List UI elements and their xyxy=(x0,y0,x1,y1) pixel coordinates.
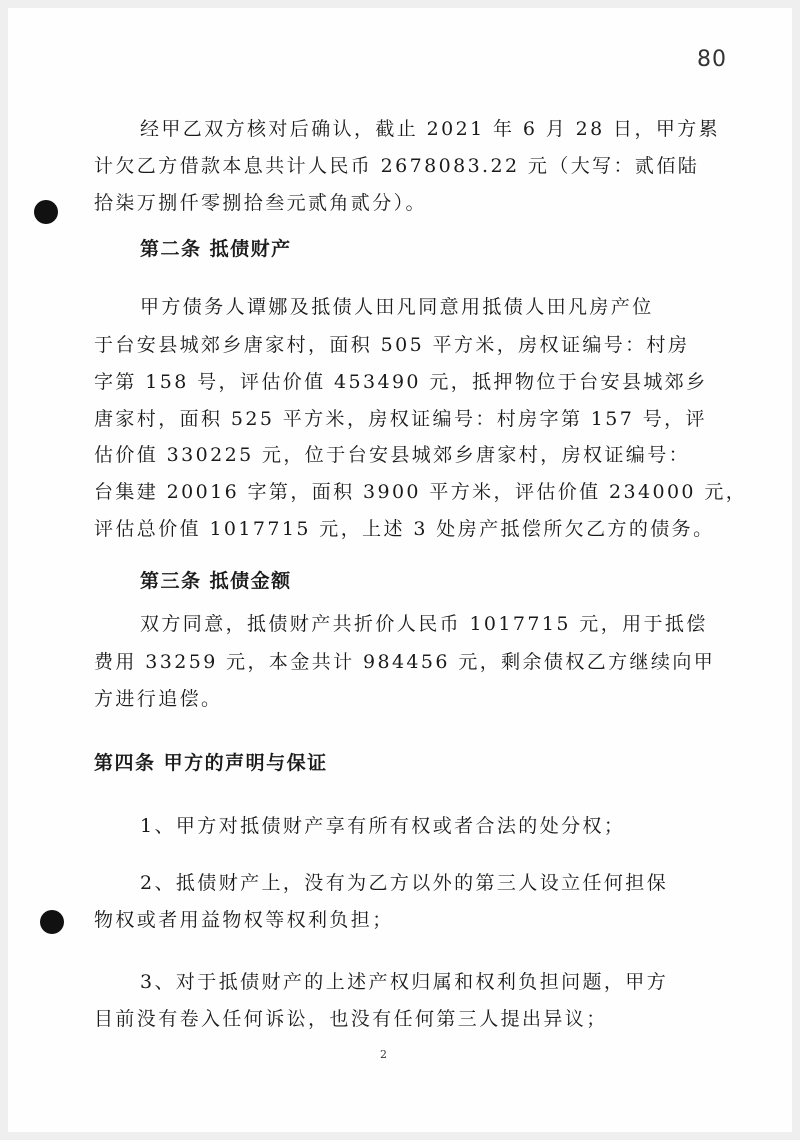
list-item: 1、甲方对抵债财产享有所有权或者合法的处分权； xyxy=(140,814,625,838)
paragraph-line: 双方同意，抵债财产共折价人民币 1017715 元，用于抵偿 xyxy=(140,612,708,636)
corner-page-number: 80 xyxy=(697,47,727,72)
list-item-continuation: 物权或者用益物权等权利负担； xyxy=(94,908,394,932)
list-item: 3、对于抵债财产的上述产权归属和权利负担问题，甲方 xyxy=(140,970,668,994)
paragraph-line: 方进行追偿。 xyxy=(94,687,222,711)
paragraph-line: 拾柒万捌仟零捌拾叁元贰角贰分）。 xyxy=(94,191,427,215)
list-item-continuation: 目前没有卷入任何诉讼，也没有任何第三人提出异议； xyxy=(94,1007,608,1031)
article-heading: 第二条 抵债财产 xyxy=(140,237,292,261)
paragraph-line: 甲方债务人谭娜及抵债人田凡同意用抵债人田凡房产位 xyxy=(140,295,654,319)
paragraph-line: 台集建 20016 字第，面积 3900 平方米，评估价值 234000 元， xyxy=(94,480,747,504)
paragraph-line: 于台安县城郊乡唐家村，面积 505 平方米，房权证编号：村房 xyxy=(94,333,689,357)
article-heading: 第三条 抵债金额 xyxy=(140,569,292,593)
punch-hole-icon xyxy=(40,910,64,934)
paragraph-line: 计欠乙方借款本息共计人民币 2678083.22 元（大写：贰佰陆 xyxy=(94,154,699,178)
paragraph-line: 字第 158 号，评估价值 453490 元，抵押物位于台安县城郊乡 xyxy=(94,370,708,394)
paragraph-line: 估价值 330225 元，位于台安县城郊乡唐家村，房权证编号： xyxy=(94,443,690,467)
footer-page-number: 2 xyxy=(380,1048,387,1061)
paragraph-line: 费用 33259 元，本金共计 984456 元，剩余债权乙方继续向甲 xyxy=(94,650,715,674)
paragraph-line: 评估总价值 1017715 元，上述 3 处房产抵偿所欠乙方的债务。 xyxy=(94,517,714,541)
paragraph-line: 唐家村，面积 525 平方米，房权证编号：村房字第 157 号，评 xyxy=(94,407,707,431)
paragraph-line: 经甲乙双方核对后确认，截止 2021 年 6 月 28 日，甲方累 xyxy=(140,117,720,141)
article-heading: 第四条 甲方的声明与保证 xyxy=(94,751,328,775)
list-item: 2、抵债财产上，没有为乙方以外的第三人设立任何担保 xyxy=(140,871,668,895)
punch-hole-icon xyxy=(34,200,58,224)
